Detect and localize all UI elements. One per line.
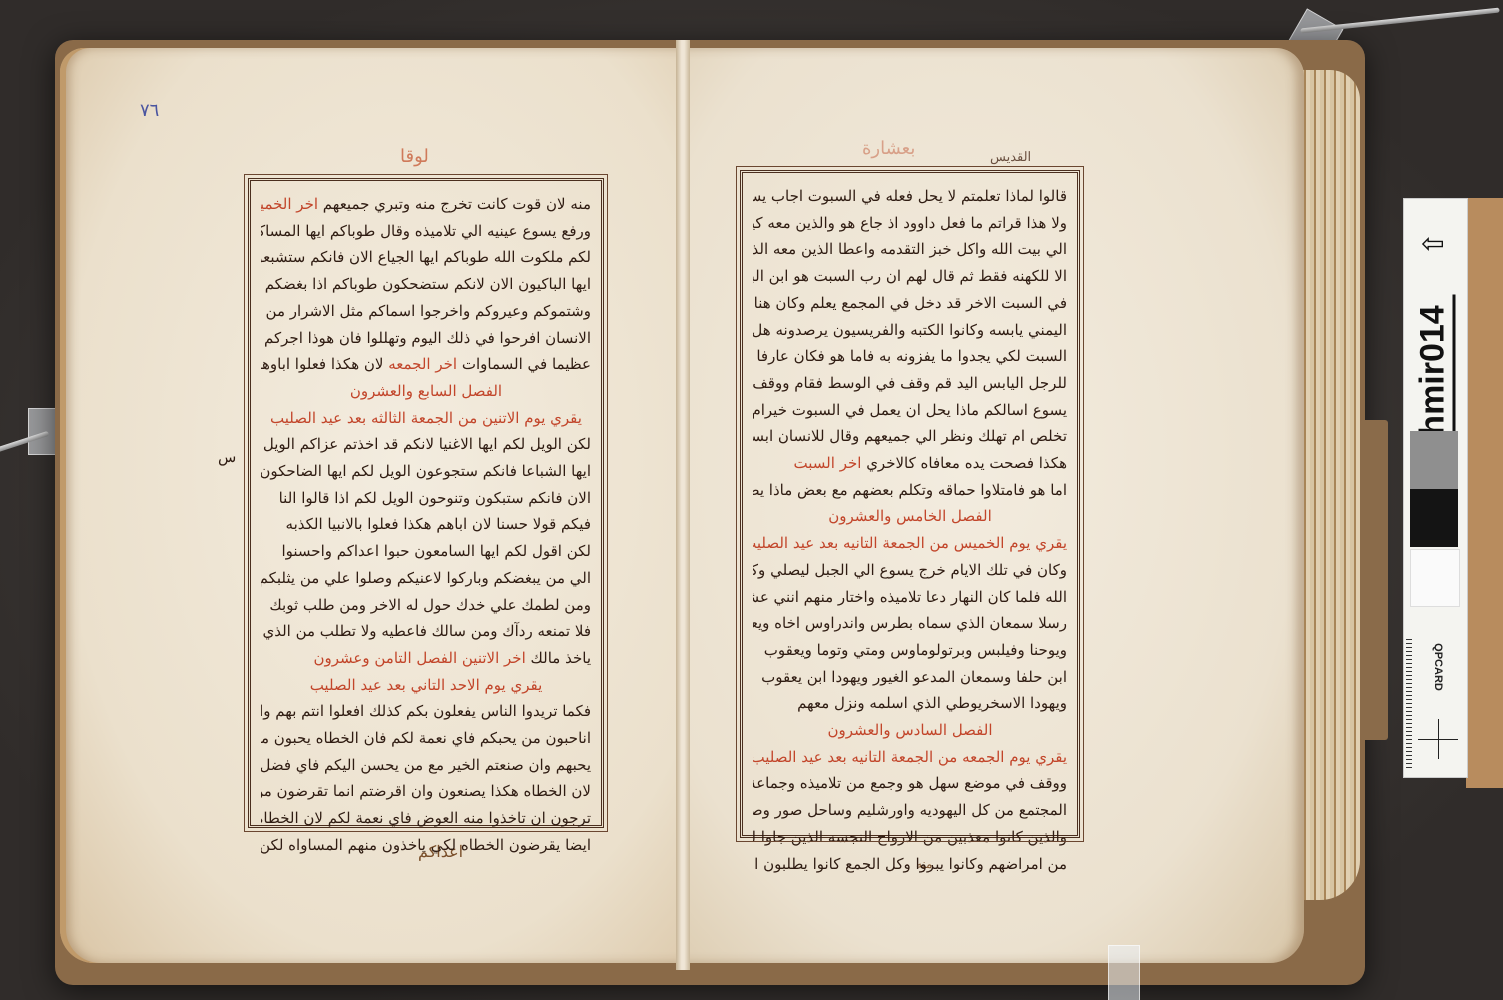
line-text: فيكم قولا حسنا لان اباهم هكذا فعلوا بالا… <box>286 515 591 533</box>
line-text: لان هكذا فعلوا اباوهم بالانبيا <box>261 355 383 373</box>
rubric-text: اخر الجمعه <box>383 355 461 373</box>
text-line: قالوا لماذا تعلمتم لا يحل فعله في السبوت… <box>753 183 1067 210</box>
folio-number: ٧٦ <box>140 100 159 121</box>
line-text: السبت لكي يجدوا ما يفزونه به فاما هو فكا… <box>753 347 1067 365</box>
margin-letter: س <box>218 448 236 466</box>
line-text: ويوحنا وفيلبس وبرتولوماوس ومتي وتوما ويع… <box>764 641 1067 659</box>
gray-patch <box>1410 431 1458 489</box>
white-patch <box>1410 549 1460 607</box>
tape-bottom <box>1108 945 1140 1000</box>
line-text: يسوع اسالكم ماذا يحل ان يعمل في السبوت خ… <box>753 401 1067 419</box>
rubric-heading: الفصل السابع والعشرون <box>261 378 591 405</box>
black-patch <box>1410 489 1458 547</box>
text-line: يسوع اسالكم ماذا يحل ان يعمل في السبوت خ… <box>753 397 1067 424</box>
line-text: هكذا فصحت يده معافاه كالاخري <box>866 454 1067 472</box>
rubric-heading: يقري يوم الاتنين من الجمعة الثالثه بعد ع… <box>261 405 591 432</box>
text-line: من امراضهم وكانوا يبروا وكل الجمع كانوا … <box>753 851 1067 878</box>
text-line: لكن اقول لكم ايها السامعون حبوا اعداكم و… <box>261 538 591 565</box>
rubric-heading: يقري يوم الخميس من الجمعة التانيه بعد عي… <box>753 530 1067 557</box>
rubric-heading: يقري يوم الاحد التاني بعد عيد الصليب <box>261 672 591 699</box>
text-line: ابن حلفا وسمعان المدعو الغيور ويهودا ابن… <box>753 664 1067 691</box>
line-text: وكان في تلك الايام خرج يسوع الي الجبل لي… <box>753 561 1067 579</box>
running-head-right: بعشارة <box>862 138 915 159</box>
text-line: ورفع يسوع عينيه الي تلاميذه وقال طوباكم … <box>261 218 591 245</box>
text-line: اما هو فامتلاوا حماقه وتكلم بعضهم مع بعض… <box>753 477 1067 504</box>
text-line: السبت لكي يجدوا ما يفزونه به فاما هو فكا… <box>753 343 1067 370</box>
card-brand: QPCARD <box>1432 643 1444 691</box>
line-text: يحبهم وان صنعتم الخير مع من يحسن اليكم ف… <box>261 756 591 774</box>
line-text: الي من يبغضكم وباركوا لاعنيكم وصلوا علي … <box>261 569 591 587</box>
line-text: عظيما في السماوات <box>462 355 591 373</box>
gutter <box>676 40 690 970</box>
running-head-left: لوقا <box>400 146 429 167</box>
up-arrow-icon: ⇧ <box>1412 223 1454 265</box>
text-line: لكم ملكوت الله طوباكم ايها الجياع الان ف… <box>261 244 591 271</box>
text-line: الي بيت الله واكل خبز التقدمه واعطا الذي… <box>753 236 1067 263</box>
text-line: ولا هذا قراتم ما فعل داوود اذ جاع هو وال… <box>753 210 1067 237</box>
line-text: منه لان قوت كانت تخرج منه وتبري جميعهم <box>323 195 591 213</box>
line-text: الي بيت الله واكل خبز التقدمه واعطا الذي… <box>753 240 1067 258</box>
line-text: رسلا سمعان الذي سماه بطرس واندراوس اخاه … <box>753 614 1067 632</box>
rubric-heading: الفصل الخامس والعشرون <box>753 503 1067 530</box>
running-head-right-small: القديس <box>990 150 1031 165</box>
line-text: الانسان افرحوا في ذلك اليوم وتهللوا فان … <box>264 329 591 347</box>
rubric-text: اخر الاتنين الفصل التامن وعشرون <box>313 649 530 667</box>
line-text: اناحبون من يحبكم فاي نعمة لكم فان الخطاه… <box>261 729 591 747</box>
line-text: اما هو فامتلاوا حماقه وتكلم بعضهم مع بعض… <box>753 481 1067 499</box>
line-text: المجتمع من كل اليهوديه واورشليم وساحل صو… <box>753 801 1067 819</box>
text-line: رسلا سمعان الذي سماه بطرس واندراوس اخاه … <box>753 610 1067 637</box>
line-text: ومن لطمك علي خدك حول له الاخر ومن طلب ثو… <box>269 596 591 614</box>
text-line: للرجل اليابس اليد قم وقف في الوسط فقام و… <box>753 370 1067 397</box>
text-line: وكان في تلك الايام خرج يسوع الي الجبل لي… <box>753 557 1067 584</box>
line-text: ايضا يقرضون الخطاه لكي ياخذون منهم المسا… <box>261 836 591 854</box>
text-line: ايها الشباعا فانكم ستجوعون الويل لكم ايه… <box>261 458 591 485</box>
left-text-block: منه لان قوت كانت تخرج منه وتبري جميعهم ا… <box>248 178 604 828</box>
line-text: في السبت الاخر قد دخل في المجمع يعلم وكا… <box>753 294 1067 312</box>
line-text: فكما تريدوا الناس يفعلون بكم كذلك افعلوا… <box>261 702 591 720</box>
line-text: لكم ملكوت الله طوباكم ايها الجياع الان ف… <box>261 248 591 266</box>
line-text: الان فانكم ستبكون وتنوحون الويل لكم اذا … <box>279 489 591 507</box>
line-text: من امراضهم وكانوا يبروا وكل الجمع كانوا … <box>753 855 1067 873</box>
line-text: لكن اقول لكم ايها السامعون حبوا اعداكم و… <box>281 542 591 560</box>
line-text: ايها الباكيون الان لانكم ستضحكون طوباكم … <box>261 275 591 293</box>
color-reference-card: ⇧ hmir014 QPCARD <box>1403 198 1468 778</box>
text-line: ووقف في موضع سهل هو وجمع من تلاميذه وجما… <box>753 770 1067 797</box>
line-text: ولا هذا قراتم ما فعل داوود اذ جاع هو وال… <box>753 214 1067 232</box>
text-line: الي من يبغضكم وباركوا لاعنيكم وصلوا علي … <box>261 565 591 592</box>
text-line: ايضا يقرضون الخطاه لكي ياخذون منهم المسا… <box>261 832 591 859</box>
text-line: يحبهم وان صنعتم الخير مع من يحسن اليكم ف… <box>261 752 591 779</box>
line-text: اليمني يابسه وكانوا الكتبه والفريسيون ير… <box>753 321 1067 339</box>
text-line: هكذا فصحت يده معافاه كالاخري اخر السبت <box>753 450 1067 477</box>
rubric-heading: الفصل السادس والعشرون <box>753 717 1067 744</box>
text-line: فيكم قولا حسنا لان اباهم هكذا فعلوا بالا… <box>261 511 591 538</box>
text-line: ويهودا الاسخريوطي الذي اسلمه ونزل معهم <box>753 690 1067 717</box>
text-line: فكما تريدوا الناس يفعلون بكم كذلك افعلوا… <box>261 698 591 725</box>
text-line: ايها الباكيون الان لانكم ستضحكون طوباكم … <box>261 271 591 298</box>
line-text: لان الخطاه هكذا يصنعون وان اقرضتم انما ت… <box>261 782 591 800</box>
text-line: وشتموكم وعيروكم واخرجوا اسماكم مثل الاشر… <box>261 298 591 325</box>
line-text: الا للكهنه فقط ثم قال لهم ان رب السبت هو… <box>753 267 1067 285</box>
text-line: في السبت الاخر قد دخل في المجمع يعلم وكا… <box>753 290 1067 317</box>
text-line: اليمني يابسه وكانوا الكتبه والفريسيون ير… <box>753 317 1067 344</box>
text-line: الله فلما كان النهار دعا تلاميذه واختار … <box>753 584 1067 611</box>
text-line: تخلص ام تهلك ونظر الي جميعهم وقال للانسا… <box>753 423 1067 450</box>
line-text: ايها الشباعا فانكم ستجوعون الويل لكم ايه… <box>261 462 591 480</box>
crosshair-icon <box>1438 719 1439 759</box>
line-text: ووقف في موضع سهل هو وجمع من تلاميذه وجما… <box>753 774 1067 792</box>
text-line: المجتمع من كل اليهوديه واورشليم وساحل صو… <box>753 797 1067 824</box>
leather-tab <box>1360 420 1388 740</box>
line-text: وشتموكم وعيروكم واخرجوا اسماكم مثل الاشر… <box>261 302 591 320</box>
text-line: لكن الويل لكم ايها الاغنيا لانكم قد اخذت… <box>261 431 591 458</box>
text-line: الان فانكم ستبكون وتنوحون الويل لكم اذا … <box>261 485 591 512</box>
line-text: ياخذ مالك <box>531 649 591 667</box>
scale-ruler <box>1406 639 1412 769</box>
line-text: ويهودا الاسخريوطي الذي اسلمه ونزل معهم <box>797 694 1067 712</box>
text-line: والذين كانوا معذبين من الارواح النجسه ال… <box>753 824 1067 851</box>
text-line: الا للكهنه فقط ثم قال لهم ان رب السبت هو… <box>753 263 1067 290</box>
line-text: لكن الويل لكم ايها الاغنيا لانكم قد اخذت… <box>261 435 591 453</box>
rubric-heading: يقري يوم الجمعه من الجمعة التانيه بعد عي… <box>753 744 1067 771</box>
text-line: ترجون ان تاخذوا منه العوض فاي نعمة لكم ل… <box>261 805 591 832</box>
card-label: hmir014 <box>1413 295 1456 447</box>
line-text: فلا تمنعه ردآك ومن سالك فاعطيه ولا تطلب … <box>262 622 591 640</box>
text-line: اناحبون من يحبكم فاي نعمة لكم فان الخطاه… <box>261 725 591 752</box>
text-line: ياخذ مالك اخر الاتنين الفصل التامن وعشرو… <box>261 645 591 672</box>
line-text: ابن حلفا وسمعان المدعو الغيور ويهودا ابن… <box>761 668 1067 686</box>
text-line: ويوحنا وفيلبس وبرتولوماوس ومتي وتوما ويع… <box>753 637 1067 664</box>
text-line: منه لان قوت كانت تخرج منه وتبري جميعهم ا… <box>261 191 591 218</box>
text-line: فلا تمنعه ردآك ومن سالك فاعطيه ولا تطلب … <box>261 618 591 645</box>
line-text: ترجون ان تاخذوا منه العوض فاي نعمة لكم ل… <box>261 809 591 827</box>
line-text: تخلص ام تهلك ونظر الي جميعهم وقال للانسا… <box>753 427 1067 445</box>
rubric-text: اخر الخميس <box>261 195 323 213</box>
rubric-text: اخر السبت <box>794 454 867 472</box>
text-line: الانسان افرحوا في ذلك اليوم وتهللوا فان … <box>261 325 591 352</box>
line-text: للرجل اليابس اليد قم وقف في الوسط فقام و… <box>753 374 1067 392</box>
cardboard-backing <box>1466 198 1503 788</box>
line-text: قالوا لماذا تعلمتم لا يحل فعله في السبوت… <box>753 187 1067 205</box>
line-text: ورفع يسوع عينيه الي تلاميذه وقال طوباكم … <box>261 222 591 240</box>
line-text: الله فلما كان النهار دعا تلاميذه واختار … <box>753 588 1067 606</box>
text-line: عظيما في السماوات اخر الجمعه لان هكذا فع… <box>261 351 591 378</box>
text-line: لان الخطاه هكذا يصنعون وان اقرضتم انما ت… <box>261 778 591 805</box>
text-line: ومن لطمك علي خدك حول له الاخر ومن طلب ثو… <box>261 592 591 619</box>
right-text-block: قالوا لماذا تعلمتم لا يحل فعله في السبوت… <box>740 170 1080 838</box>
line-text: والذين كانوا معذبين من الارواح النجسه ال… <box>753 828 1067 846</box>
